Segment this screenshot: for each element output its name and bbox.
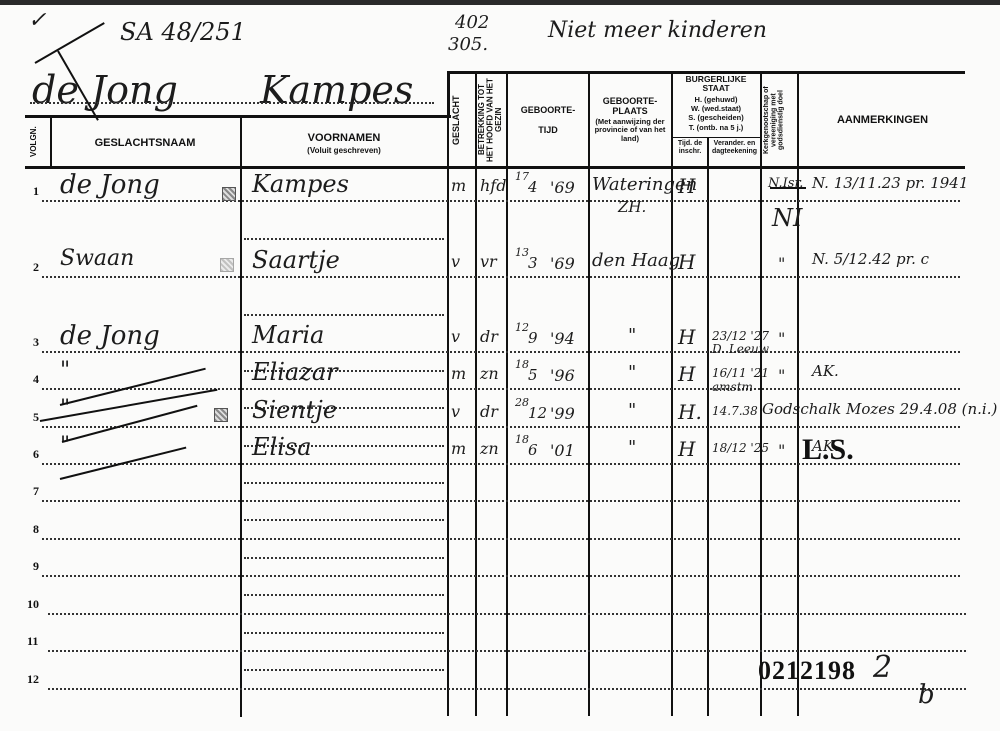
row-civil-status: H (678, 362, 695, 386)
voornamen-subline (244, 557, 444, 559)
voornamen-subline (244, 482, 444, 484)
row-civil-status: H (678, 174, 695, 198)
row-birth-year: '99 (550, 404, 575, 423)
row-religion: NI (772, 204, 802, 232)
stamp-row-5 (214, 408, 228, 422)
row-birthplace: den Haag (592, 250, 680, 271)
row-birth-day: 17 (515, 170, 529, 183)
row-stamp-ls: L.S. (802, 433, 854, 467)
row-number: 12 (27, 672, 39, 687)
voornamen-subline (244, 519, 444, 521)
row-birth-day: 18 (515, 433, 529, 446)
row-birthplace-note: ZH. (618, 198, 646, 216)
row-civil-status: H. (678, 400, 702, 424)
row-dotted-line (42, 276, 960, 278)
row-remarks: N. 5/12.42 pr. c (812, 250, 929, 268)
col-div-geslacht (475, 71, 477, 716)
row-birthplace: " (628, 437, 636, 458)
row-number: 2 (33, 260, 39, 275)
voornamen-subline (244, 632, 444, 634)
col-div-geslachtsnaam (240, 117, 242, 717)
col-div-bs (760, 71, 762, 716)
row-dotted-line (48, 650, 966, 652)
row-birth-day: 18 (515, 358, 529, 371)
row-birth-day: 28 (515, 396, 529, 409)
header-geslacht: GESLACHT (452, 76, 472, 164)
corner-mark: b (918, 680, 935, 710)
row-birth-day: 13 (515, 246, 529, 259)
serial-suffix: 2 (873, 650, 892, 685)
row-dotted-line (42, 388, 960, 390)
check-mark: ✓ (28, 8, 46, 33)
head-dotted-line (30, 102, 434, 104)
note-no-more-children: Niet meer kinderen (548, 18, 767, 43)
header-geboorteplaats-2: PLAATS (590, 107, 670, 117)
row-given-name: Elisa (252, 433, 312, 461)
row-religion: " (778, 254, 785, 273)
row-birth-month: 9 (528, 329, 538, 347)
scan-top-border (0, 0, 1000, 5)
row-surname: " (60, 358, 70, 383)
row-sex: v (451, 252, 460, 271)
header-aanmerkingen: AANMERKINGEN (800, 114, 965, 126)
row-remarks: Godschalk Mozes 29.4.08 (n.i.) 12.0.2. (762, 400, 1000, 418)
stamp-row-2 (220, 258, 234, 272)
voornamen-subline (244, 594, 444, 596)
header-kerkgenootschap: Kerkgenootschap of vereeniging met godsd… (763, 76, 795, 164)
code-line-2: 305. (448, 34, 488, 55)
row-birth-month: 5 (528, 366, 538, 384)
row-birth-year: '69 (550, 254, 575, 273)
row-sex: m (451, 364, 466, 383)
row-remarks: N. 13/11.23 pr. 1941 (812, 174, 968, 192)
row-birthplace: " (628, 325, 636, 346)
row-dotted-line (48, 688, 966, 690)
row-civil-change-place: amstm (712, 380, 753, 394)
row-dotted-line (42, 575, 960, 577)
row-surname: de Jong (60, 170, 160, 200)
col-div-geboortetijd (588, 71, 590, 716)
header-bottom-rule (25, 166, 965, 169)
row-sex: v (451, 402, 460, 421)
row-surname: " (60, 433, 70, 458)
header-bs-tijd: Tijd. de inschr. (673, 140, 707, 155)
row-sex: m (451, 439, 466, 458)
header-geboortetijd-2: TIJD (508, 126, 588, 136)
row-birth-month: 12 (528, 404, 547, 422)
header-geslachtsnaam: GESLACHTSNAAM (52, 137, 238, 149)
header-volgnr: VOLGN. (30, 120, 44, 164)
header-burgerlijke-staat: BURGERLIJKE STAAT (673, 75, 759, 94)
header-bs-verander: Verander. en dagteekening (709, 140, 760, 155)
voornamen-subline (244, 669, 444, 671)
religion-strike (770, 187, 806, 189)
serial-number: 0212198 (758, 656, 856, 686)
row-civil-change: 14.7.38 (712, 404, 758, 418)
head-given-name: Kampes (260, 68, 413, 112)
header-betrekking: BETREKKING TOT HET HOOFD VAN HET GEZIN (478, 76, 505, 164)
name-strike (62, 405, 198, 443)
header-bs-w: W. (wed.staat) (673, 105, 759, 113)
row-civil-status: H (678, 250, 695, 274)
row-civil-change: 23/12 '27 (712, 329, 769, 343)
row-surname: de Jong (60, 321, 160, 351)
row-birthplace: " (628, 400, 636, 421)
header-geboortetijd-1: GEBOORTE- (508, 106, 588, 116)
row-relation: dr (480, 402, 498, 421)
row-birth-month: 6 (528, 441, 538, 459)
row-given-name: Saartje (252, 246, 340, 274)
row-civil-status: H (678, 325, 695, 349)
row-number: 5 (33, 410, 39, 425)
col-div-voornamen (447, 71, 449, 716)
header-geboorteplaats-sub: (Met aanwijzing der provincie of van het… (592, 118, 668, 143)
row-religion: " (778, 329, 785, 348)
row-sex: m (451, 176, 466, 195)
row-surname: Swaan (60, 246, 134, 271)
row-dotted-line (42, 200, 960, 202)
row-given-name: Sientje (252, 396, 337, 424)
head-surname: de Jong (32, 68, 178, 112)
header-voornamen: VOORNAMEN (242, 132, 446, 144)
row-relation: hfd (480, 176, 506, 195)
row-religion: " (778, 441, 785, 460)
col-div-kerk (797, 71, 799, 716)
voornamen-subline (244, 238, 444, 240)
row-religion: " (778, 366, 785, 385)
header-bs-s: S. (gescheiden) (673, 114, 759, 122)
row-number: 7 (33, 484, 39, 499)
row-given-name: Maria (252, 321, 324, 349)
row-number: 1 (33, 184, 39, 199)
voornamen-subline (244, 314, 444, 316)
row-civil-change: 16/11 '21 (712, 366, 769, 380)
stamp-row-1 (222, 187, 236, 201)
row-relation: zn (480, 364, 499, 383)
row-number: 8 (33, 522, 39, 537)
row-relation: vr (480, 252, 497, 271)
row-number: 10 (27, 597, 39, 612)
row-birth-year: '01 (550, 441, 575, 460)
row-birth-year: '96 (550, 366, 575, 385)
header-bs-t: T. (ontb. na 5 j.) (673, 124, 759, 132)
row-given-name: Kampes (252, 170, 349, 198)
row-dotted-line (42, 351, 960, 353)
row-civil-change: 18/12 '25 (712, 441, 769, 455)
row-sex: v (451, 327, 460, 346)
row-number: 11 (27, 634, 38, 649)
row-remarks: AK. (812, 362, 839, 380)
header-left-rule (25, 115, 451, 118)
row-civil-status: H (678, 437, 695, 461)
row-number: 6 (33, 447, 39, 462)
header-bs-h: H. (gehuwd) (673, 96, 759, 104)
row-birth-day: 12 (515, 321, 529, 334)
row-dotted-line (42, 500, 960, 502)
row-given-name: Eliazar (252, 358, 338, 386)
row-number: 4 (33, 372, 39, 387)
row-birthplace: " (628, 362, 636, 383)
bs-sub-rule (671, 137, 761, 138)
row-dotted-line (48, 613, 966, 615)
row-birth-month: 4 (528, 178, 538, 196)
name-strike (60, 368, 206, 406)
col-div-betrekking (506, 71, 508, 716)
row-birth-year: '69 (550, 178, 575, 197)
row-relation: zn (480, 439, 499, 458)
row-dotted-line (42, 538, 960, 540)
code-line-1: 402 (455, 12, 489, 33)
col-div-geboorteplaats (671, 71, 673, 716)
row-number: 9 (33, 559, 39, 574)
archive-reference: SA 48/251 (120, 18, 246, 46)
row-dotted-line (42, 426, 960, 428)
row-birth-month: 3 (528, 254, 538, 272)
row-civil-change-place: D. Leeuw (712, 342, 769, 356)
row-relation: dr (480, 327, 498, 346)
header-voornamen-sub: (Voluit geschreven) (242, 147, 446, 156)
row-birth-year: '94 (550, 329, 575, 348)
row-number: 3 (33, 335, 39, 350)
